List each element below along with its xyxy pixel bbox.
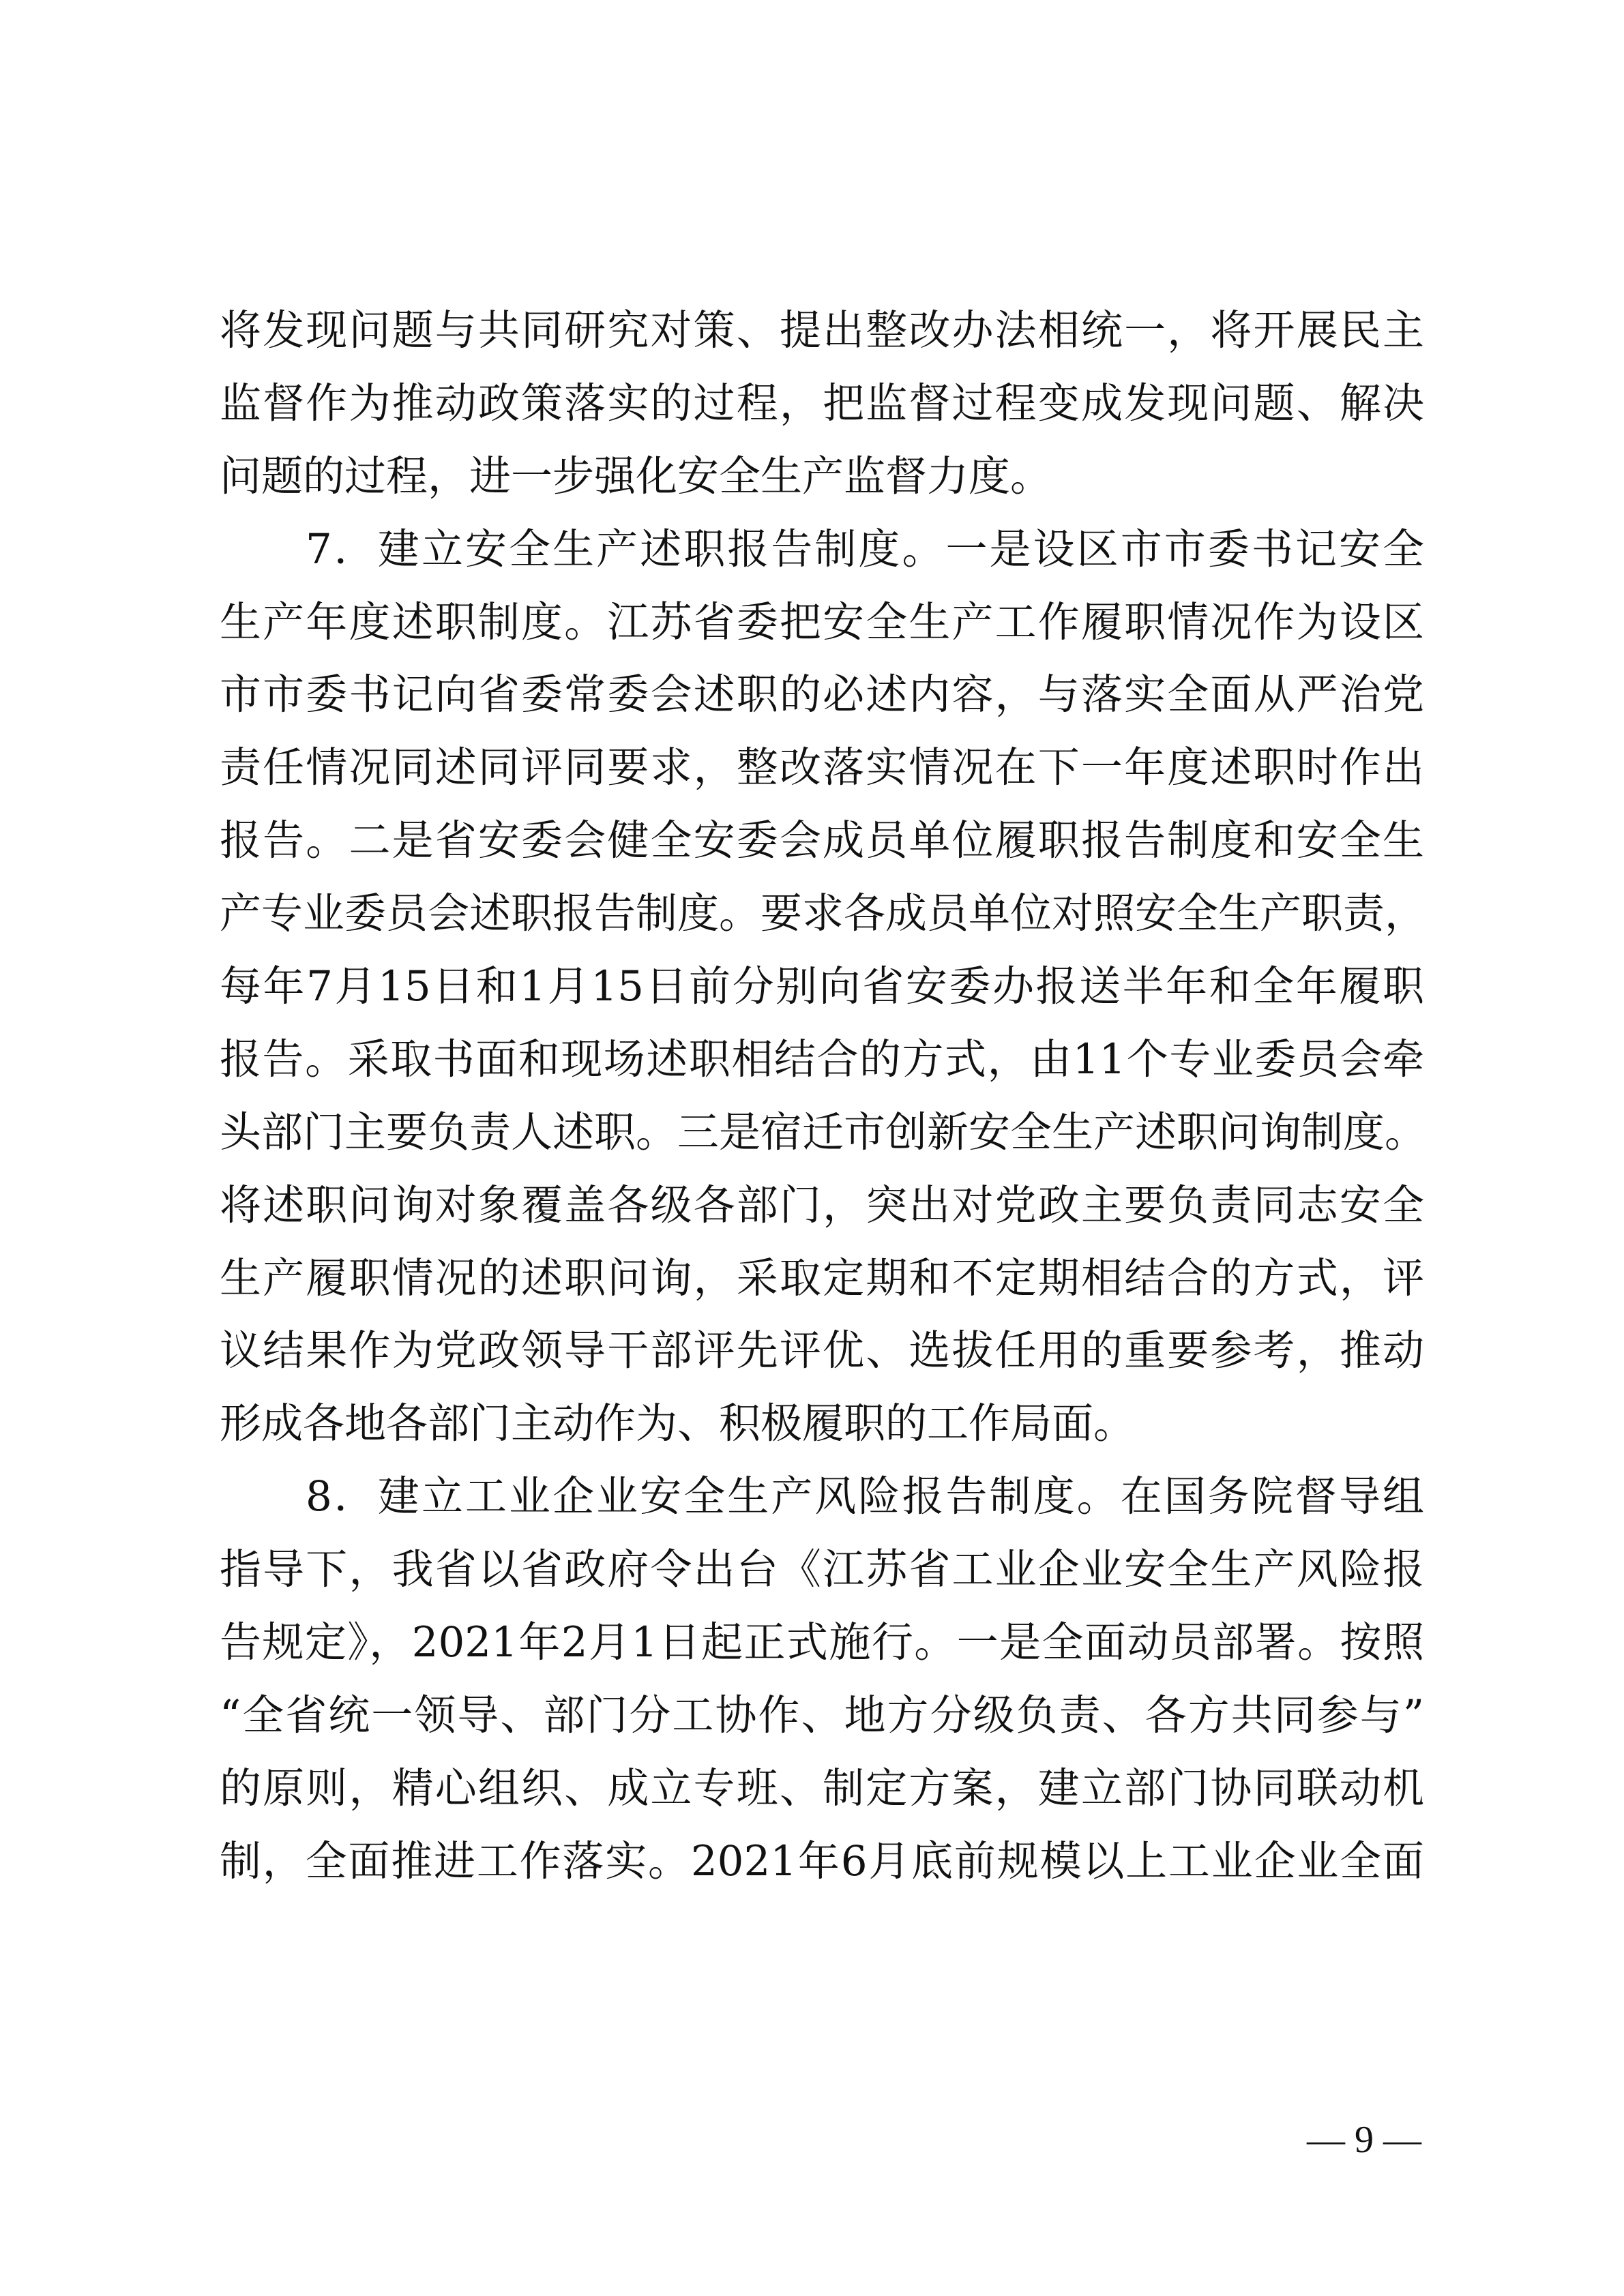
page-number: — 9 — [1296,2119,1432,2160]
text-line: 制，全面推进工作落实。2021年6月底前规模以上工业企业全面 [220,1825,1424,1898]
paragraph-heading-line: 8．建立工业企业安全生产风险报告制度。在国务院督导组 [220,1461,1424,1534]
text-line: 的原则，精心组织、成立专班、制定方案，建立部门协同联动机 [220,1753,1424,1825]
text-line: 问题的过程，进一步强化安全生产监督力度。 [220,441,1424,513]
paragraph-heading-line: 7．建立安全生产述职报告制度。一是设区市市委书记安全 [220,513,1424,586]
text-line: 市市委书记向省委常委会述职的必述内容，与落实全面从严治党 [220,659,1424,732]
paragraph-7-reporting-system: 7．建立安全生产述职报告制度。一是设区市市委书记安全 生产年度述职制度。江苏省委… [220,513,1424,1461]
text-line: 责任情况同述同评同要求，整改落实情况在下一年度述职时作出 [220,732,1424,805]
text-line: 产专业委员会述职报告制度。要求各成员单位对照安全生产职责， [220,878,1424,951]
paragraph-6-continuation: 将发现问题与共同研究对策、提出整改办法相统一，将开展民主 监督作为推动政策落实的… [220,295,1424,513]
text-line: 每年7月15日和1月15日前分别向省安委办报送半年和全年履职 [220,951,1424,1024]
text-line: 生产履职情况的述职问询，采取定期和不定期相结合的方式，评 [220,1242,1424,1315]
text-line: 告规定》，2021年2月1日起正式施行。一是全面动员部署。按照 [220,1607,1424,1680]
text-line: 形成各地各部门主动作为、积极履职的工作局面。 [220,1388,1424,1461]
text-line: 指导下，我省以省政府令出台《江苏省工业企业安全生产风险报 [220,1534,1424,1607]
text-line: 监督作为推动政策落实的过程，把监督过程变成发现问题、解决 [220,368,1424,441]
paragraph-8-risk-reporting: 8．建立工业企业安全生产风险报告制度。在国务院督导组 指导下，我省以省政府令出台… [220,1461,1424,1898]
text-line: “全省统一领导、部门分工协作、地方分级负责、各方共同参与” [220,1680,1424,1753]
text-line: 报告。采取书面和现场述职相结合的方式，由11个专业委员会牵 [220,1024,1424,1097]
text-line: 议结果作为党政领导干部评先评优、选拔任用的重要参考，推动 [220,1315,1424,1388]
text-line: 头部门主要负责人述职。三是宿迁市创新安全生产述职问询制度。 [220,1097,1424,1169]
body-text: 将发现问题与共同研究对策、提出整改办法相统一，将开展民主 监督作为推动政策落实的… [220,295,1424,1898]
text-line: 将发现问题与共同研究对策、提出整改办法相统一，将开展民主 [220,295,1424,368]
text-line: 报告。二是省安委会健全安委会成员单位履职报告制度和安全生 [220,805,1424,878]
text-line: 生产年度述职制度。江苏省委把安全生产工作履职情况作为设区 [220,586,1424,659]
text-line: 将述职问询对象覆盖各级各部门，突出对党政主要负责同志安全 [220,1169,1424,1242]
document-page: 将发现问题与共同研究对策、提出整改办法相统一，将开展民主 监督作为推动政策落实的… [0,0,1624,2296]
